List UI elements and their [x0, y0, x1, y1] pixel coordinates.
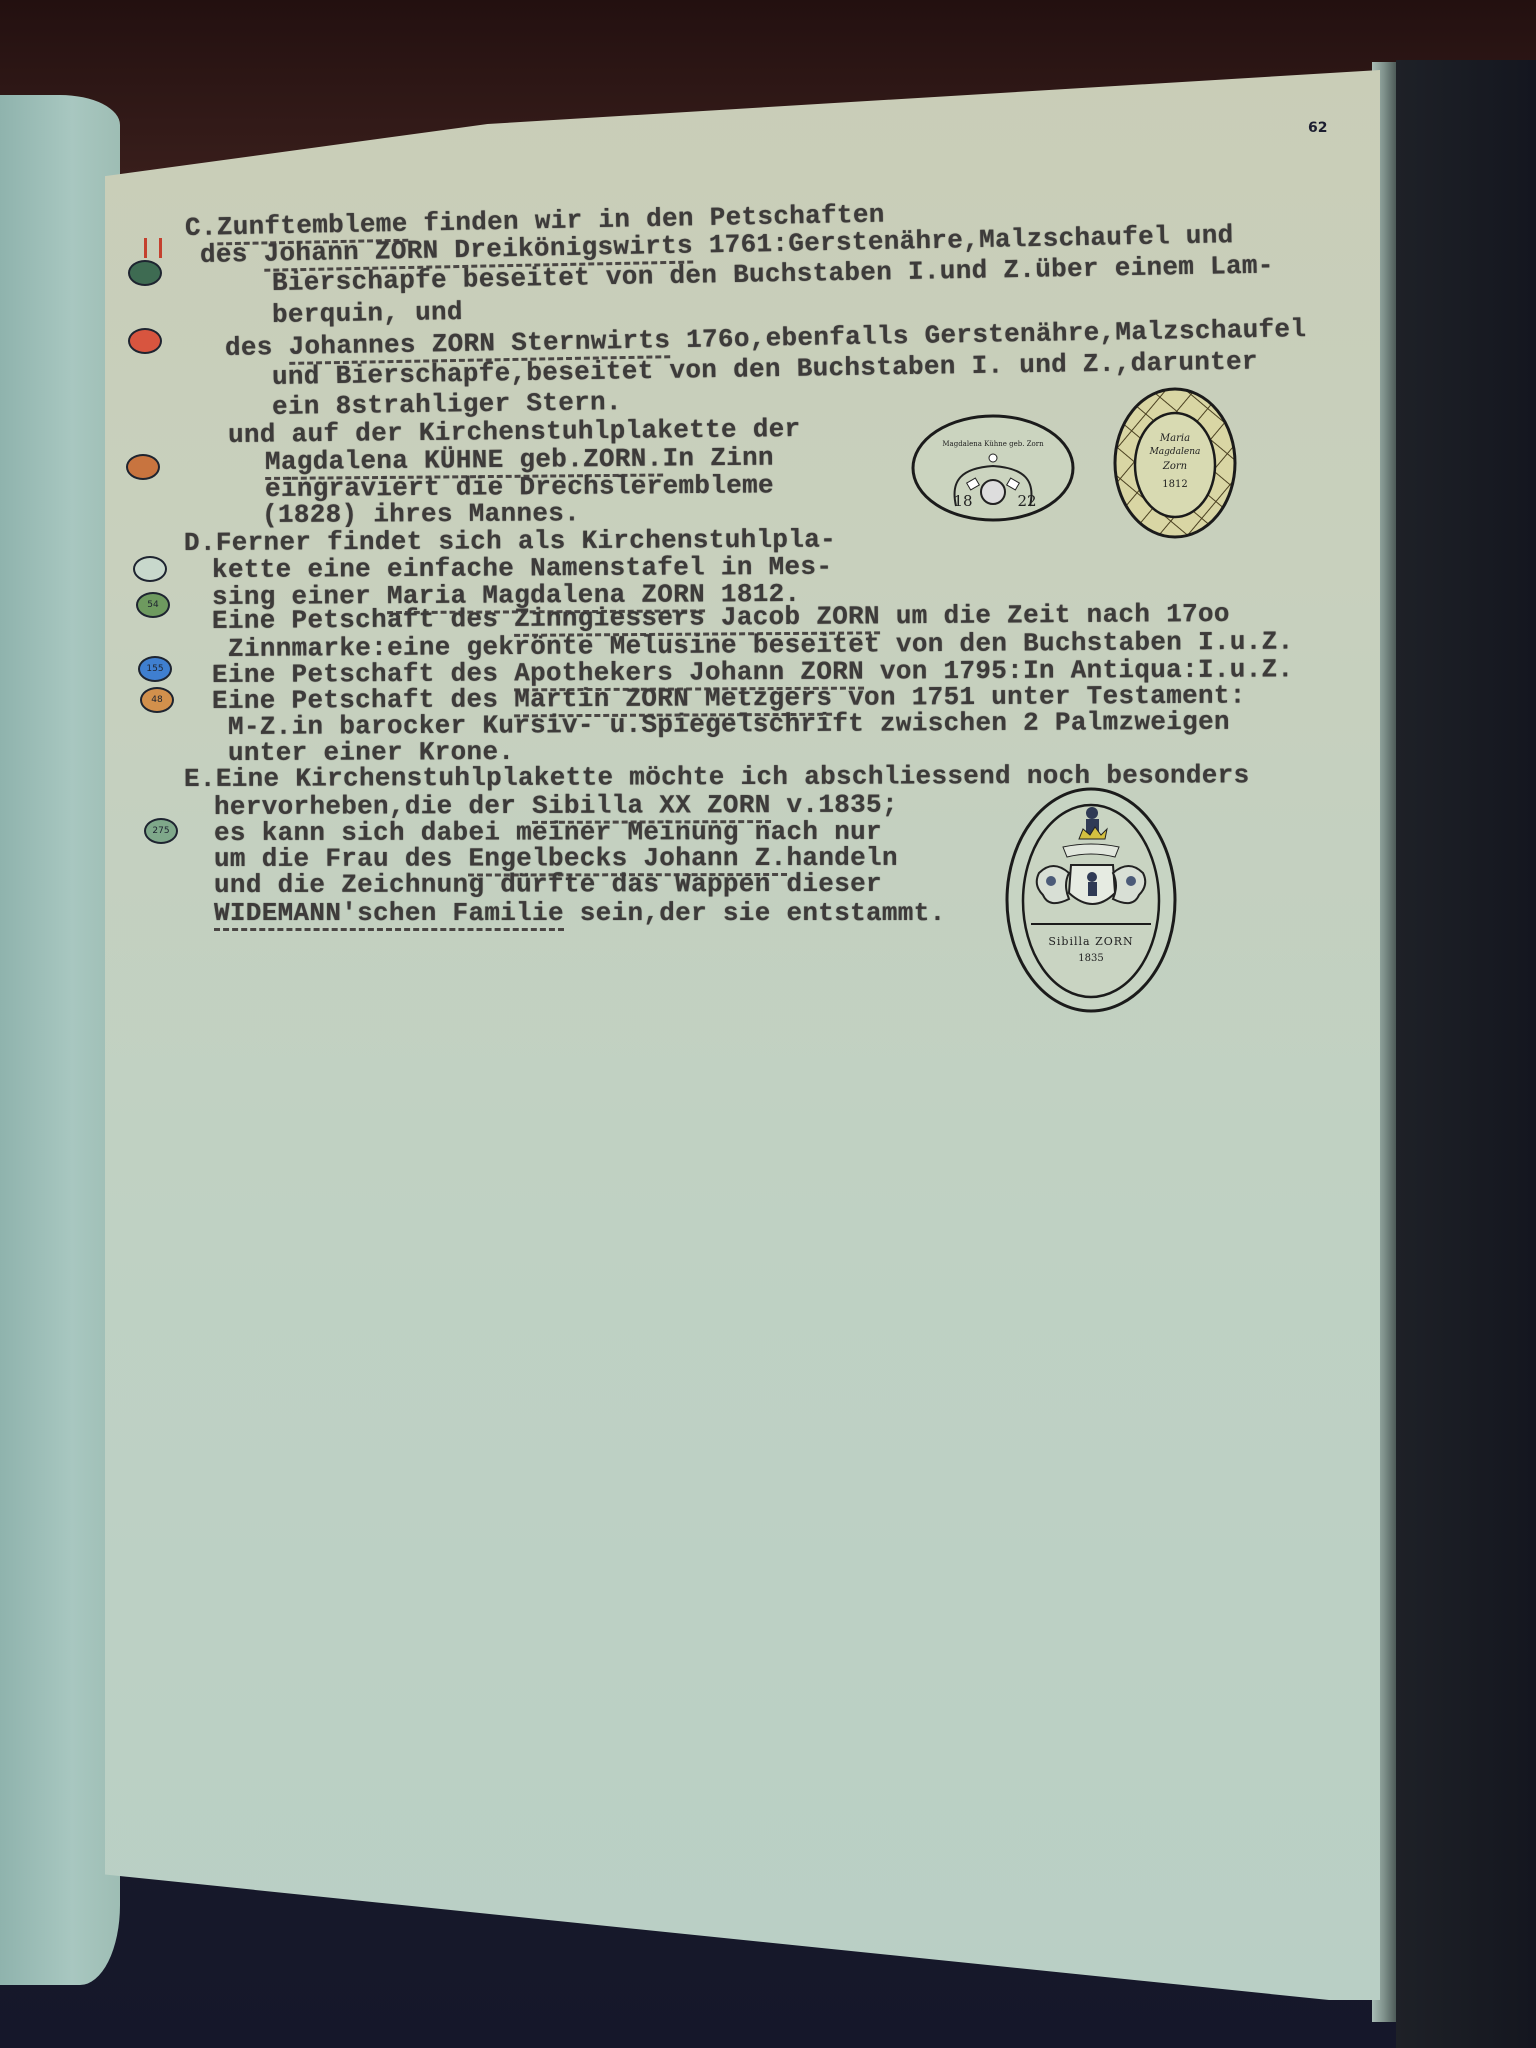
line-segment: und die Zeichnung dürfte das Wappen dies…	[214, 869, 882, 900]
maria-line3: Zorn	[1112, 461, 1238, 472]
line-segment: Eine Petschaft des	[212, 604, 514, 636]
margin-marker: 48	[140, 687, 174, 713]
kuehne-year-right: 22	[944, 492, 1110, 510]
margin-marker: 54	[136, 592, 170, 618]
margin-marker: 155	[138, 656, 172, 682]
margin-marker	[133, 556, 167, 582]
line-segment: des	[200, 239, 264, 270]
underlined-name: WIDEMANN'schen Familie	[214, 898, 564, 931]
text-line: berquin, und	[272, 297, 463, 330]
maria-line1: Maria	[1112, 433, 1238, 444]
margin-marker: 275	[144, 818, 178, 844]
left-page	[0, 95, 120, 1985]
page-number: 62	[1308, 120, 1327, 136]
kuehne-inscription: Magdalena Kühne geb. Zorn	[910, 440, 1076, 448]
maria-plaque-drawing: Maria Magdalena Zorn 1812	[1112, 385, 1238, 541]
background-right	[1396, 60, 1536, 2048]
sibilla-plaque-drawing: Sibilla ZORN 1835	[1003, 785, 1179, 1015]
text-line: und die Zeichnung dürfte das Wappen dies…	[214, 869, 882, 900]
line-segment: berquin, und	[272, 297, 463, 330]
line-segment: sein,der sie entstammt.	[564, 898, 946, 928]
check-mark-icon	[144, 238, 162, 258]
margin-marker	[128, 328, 162, 354]
sibilla-year: 1835	[1003, 953, 1179, 964]
line-segment: des	[225, 332, 289, 363]
text-line: WIDEMANN'schen Familie sein,der sie ents…	[214, 898, 946, 928]
line-segment: v.1835;	[771, 790, 898, 820]
maria-year: 1812	[1112, 479, 1238, 490]
line-segment: C.	[185, 212, 217, 243]
line-segment: In Zinn	[662, 443, 774, 474]
sibilla-name: Sibilla ZORN	[1003, 935, 1179, 948]
margin-marker	[126, 454, 160, 480]
kuehne-plaque-drawing: Magdalena Kühne geb. Zorn 18 22	[910, 410, 1076, 526]
maria-line2: Magdalena	[1112, 447, 1238, 457]
margin-marker	[128, 260, 162, 286]
